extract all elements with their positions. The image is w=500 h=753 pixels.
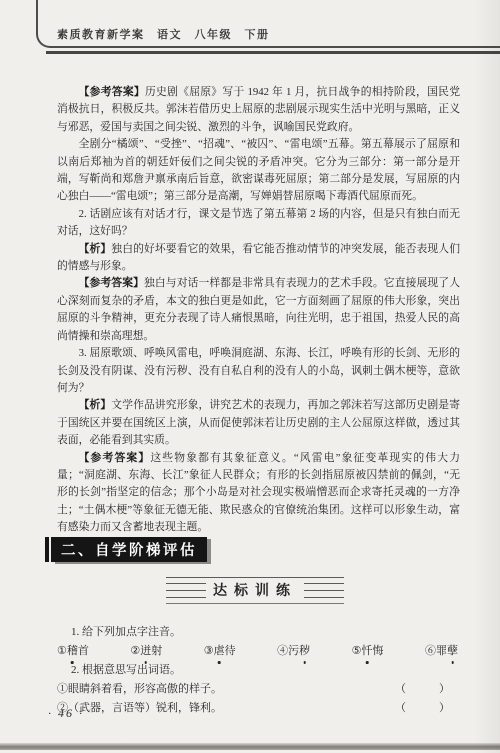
definition-row: ②（武器，言语等）锐利，锋利。 （ ） (57, 699, 460, 718)
pinyin-word: ①稽首 (57, 642, 89, 661)
answer-paragraph: 【参考答案】历史剧《屈原》写于 1942 年 1 月，抗日战争的相持阶段，国民党… (57, 84, 460, 136)
answer-label: 【析】 (79, 399, 112, 411)
dotted-character: 稽 (67, 642, 78, 661)
scanned-textbook-page: 素质教育新学案 语文 八年级 下册 【参考答案】历史剧《屈原》写于 1942 年… (0, 0, 500, 753)
word-pre: 污 (288, 645, 299, 657)
page-bottom-edge-shadow (0, 743, 500, 750)
word-post: 悔 (373, 645, 384, 657)
word-pre: 罪 (436, 645, 447, 657)
exercises-section: 1. 给下列加点字注音。 ①稽首 ②迸射 ③虐待 ④污秽 ⑤忏悔 ⑥罪孽 2. … (57, 623, 460, 718)
answer-text: 3. 屈原歌颂、呼唤风雷电，呼唤洞庭湖、东海、长江，呼唤有形的长剑、无形的长剑及… (57, 347, 460, 394)
answer-label: 【参考答案】 (79, 86, 145, 98)
exercise-question-1: 1. 给下列加点字注音。 (57, 623, 460, 642)
subsection-title: 达标训练 (206, 580, 304, 600)
word-number: ④ (277, 645, 288, 657)
answer-text: 全剧分“橘颂”、“受挫”、“招魂”、“被囚”、“雷电颂”五幕。第五幕展示了屈原和… (57, 138, 460, 202)
answer-paragraph: 【参考答案】这些物象都有其象征意义。“风雷电”象征变革现实的伟大力量；“洞庭湖、… (57, 450, 460, 537)
dotted-character: 忏 (362, 642, 373, 661)
header-double-rule (46, 51, 500, 54)
answer-paragraph: 【析】独白的好坏要看它的效果，看它能否推动情节的冲突发展，能否表现人们的情感与形… (57, 241, 460, 276)
exercise-question-2: 2. 根据意思写出词语。 (57, 661, 460, 680)
pinyin-word: ④污秽 (277, 642, 310, 661)
word-number: ③ (204, 645, 214, 657)
word-number: ⑥ (425, 645, 436, 657)
ruled-line (166, 577, 344, 578)
definition-row: ①眼睛斜着看，形容高傲的样子。 （ ） (57, 680, 460, 699)
section-banner: 二、自学阶梯评估 (45, 537, 207, 562)
reference-answers-section: 【参考答案】历史剧《屈原》写于 1942 年 1 月，抗日战争的相持阶段，国民党… (57, 84, 460, 537)
answer-label: 【参考答案】 (79, 277, 144, 289)
dotted-character: 迸 (140, 642, 151, 661)
answer-blank: （ ） (395, 680, 450, 699)
answer-paragraph: 全剧分“橘颂”、“受挫”、“招魂”、“被囚”、“雷电颂”五幕。第五幕展示了屈原和… (57, 136, 460, 206)
pinyin-word: ⑥罪孽 (425, 642, 458, 661)
definition-text: ①眼睛斜着看，形容高傲的样子。 (57, 680, 222, 699)
answer-paragraph: 【析】文学作品讲究形象，讲究艺术的表现力，再加之郭沫若写这部历史剧是寄于国统区并… (57, 397, 460, 449)
pinyin-word: ②迸射 (130, 642, 162, 661)
answer-paragraph: 【参考答案】独白与对话一样都是非常具有表现力的艺术手段。它直接展现了人心深刻而复… (57, 275, 460, 345)
word-number: ① (57, 645, 67, 657)
dotted-character: 孽 (447, 642, 458, 661)
answer-blank: （ ） (395, 699, 450, 718)
dotted-character: 虐 (214, 642, 225, 661)
answer-text: 文学作品讲究形象，讲究艺术的表现力，再加之郭沫若写这部历史剧是寄于国统区并要在国… (57, 399, 460, 446)
answer-label: 【析】 (79, 243, 112, 255)
answer-text: 独白的好坏要看它的效果，看它能否推动情节的冲突发展，能否表现人们的情感与形象。 (57, 243, 460, 272)
answer-label: 【参考答案】 (79, 452, 151, 464)
pinyin-word: ③虐待 (204, 642, 236, 661)
word-post: 待 (225, 645, 236, 657)
banner-accent-bar (45, 537, 49, 562)
word-post: 首 (78, 645, 89, 657)
word-post: 射 (151, 645, 162, 657)
answer-paragraph: 2. 话剧应该有对话才行，课文是节选了第五幕第 2 场的内容，但是只有独白而无对… (57, 206, 460, 241)
ruled-line (166, 603, 344, 604)
answer-paragraph: 3. 屈原歌颂、呼唤风雷电，呼唤洞庭湖、东海、长江，呼唤有形的长剑、无形的长剑及… (57, 345, 460, 397)
word-number: ② (130, 645, 140, 657)
pinyin-word-row: ①稽首 ②迸射 ③虐待 ④污秽 ⑤忏悔 ⑥罪孽 (57, 642, 460, 661)
pinyin-word: ⑤忏悔 (352, 642, 384, 661)
book-header-title: 素质教育新学案 语文 八年级 下册 (57, 26, 270, 42)
page-number: · 46 · (48, 706, 84, 721)
word-number: ⑤ (352, 645, 362, 657)
answer-text: 2. 话剧应该有对话才行，课文是节选了第五幕第 2 场的内容，但是只有独白而无对… (57, 208, 460, 237)
dotted-character: 秽 (299, 642, 310, 661)
section-banner-title: 二、自学阶梯评估 (51, 537, 207, 562)
subsection-header: 达标训练 (166, 577, 344, 605)
